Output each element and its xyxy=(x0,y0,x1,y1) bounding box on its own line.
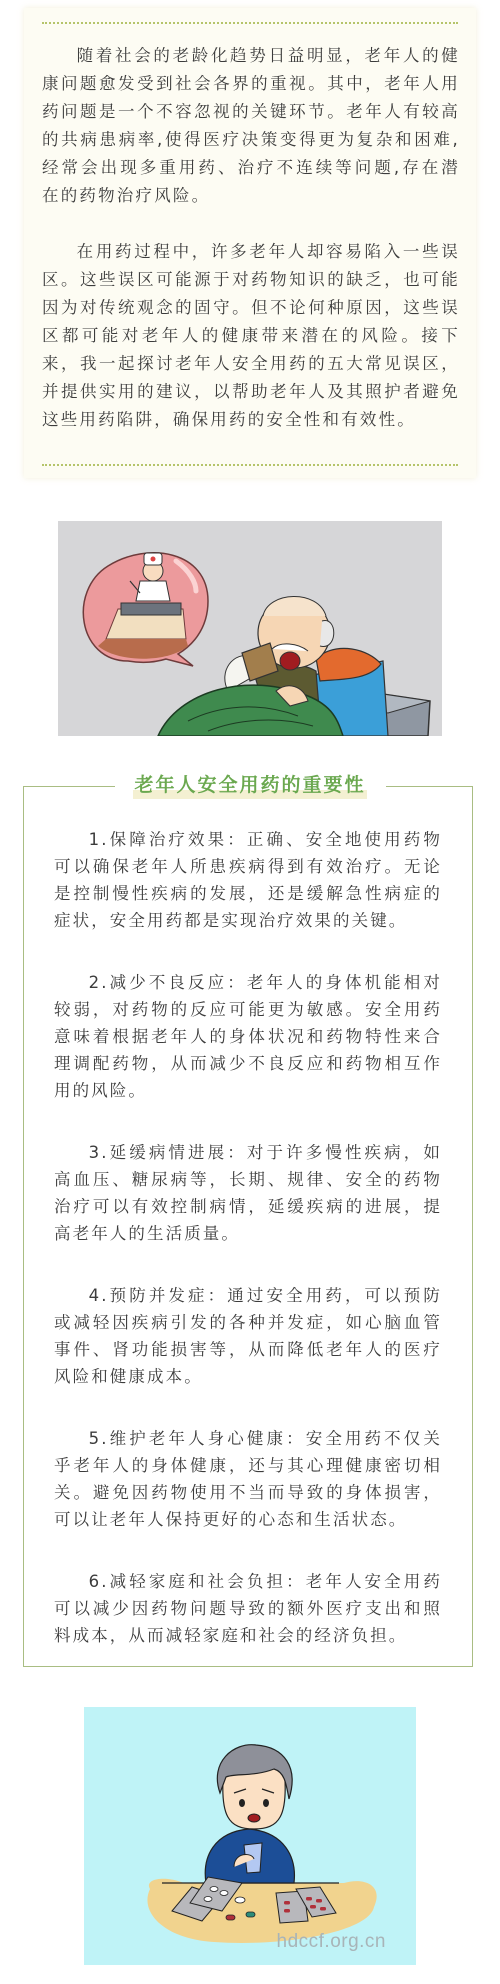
watermark: hdccf.org.cn xyxy=(277,1931,387,1953)
list-item: 3.延缓病情进展：对于许多慢性疾病，如高血压、糖尿病等，长期、规律、安全的药物治… xyxy=(54,1139,442,1247)
intro-box: 随着社会的老龄化趋势日益明显，老年人的健康问题愈发受到社会各界的重视。其中，老年… xyxy=(24,8,476,478)
dotted-divider-bottom xyxy=(42,464,458,466)
worried-man-pills-illustration xyxy=(84,1707,416,1965)
list-item: 2.减少不良反应：老年人的身体机能相对较弱，对药物的反应可能更为敏感。安全用药意… xyxy=(54,969,442,1104)
list-item: 4.预防并发症：通过安全用药，可以预防或减轻因疾病引发的各种并发症，如心脑血管事… xyxy=(54,1282,442,1390)
list-item: 6.减轻家庭和社会负担：老年人安全用药可以减少因药物问题导致的额外医疗支出和照料… xyxy=(54,1568,442,1649)
intro-paragraph: 在用药过程中，许多老年人却容易陷入一些误区。这些误区可能源于对药物知识的缺乏，也… xyxy=(42,238,460,434)
dotted-divider-top xyxy=(42,22,458,24)
elderly-man-drinking-illustration xyxy=(58,521,442,736)
list-item: 1.保障治疗效果：正确、安全地使用药物可以确保老年人所患疾病得到有效治疗。无论是… xyxy=(54,826,442,934)
illustration-elderly-man-in-bed xyxy=(58,521,442,736)
section-header: 老年人安全用药的重要性 xyxy=(133,768,367,802)
intro-paragraph: 随着社会的老龄化趋势日益明显，老年人的健康问题愈发受到社会各界的重视。其中，老年… xyxy=(42,42,460,210)
illustration-worried-man-with-pills: hdccf.org.cn xyxy=(84,1707,416,1965)
intro-text: 随着社会的老龄化趋势日益明显，老年人的健康问题愈发受到社会各界的重视。其中，老年… xyxy=(42,42,460,434)
section-title: 老年人安全用药的重要性 xyxy=(133,770,367,797)
list-item: 5.维护老年人身心健康：安全用药不仅关乎老年人的身体健康，还与其心理健康密切相关… xyxy=(54,1425,442,1533)
section-item-list: 1.保障治疗效果：正确、安全地使用药物可以确保老年人所患疾病得到有效治疗。无论是… xyxy=(54,826,442,1649)
